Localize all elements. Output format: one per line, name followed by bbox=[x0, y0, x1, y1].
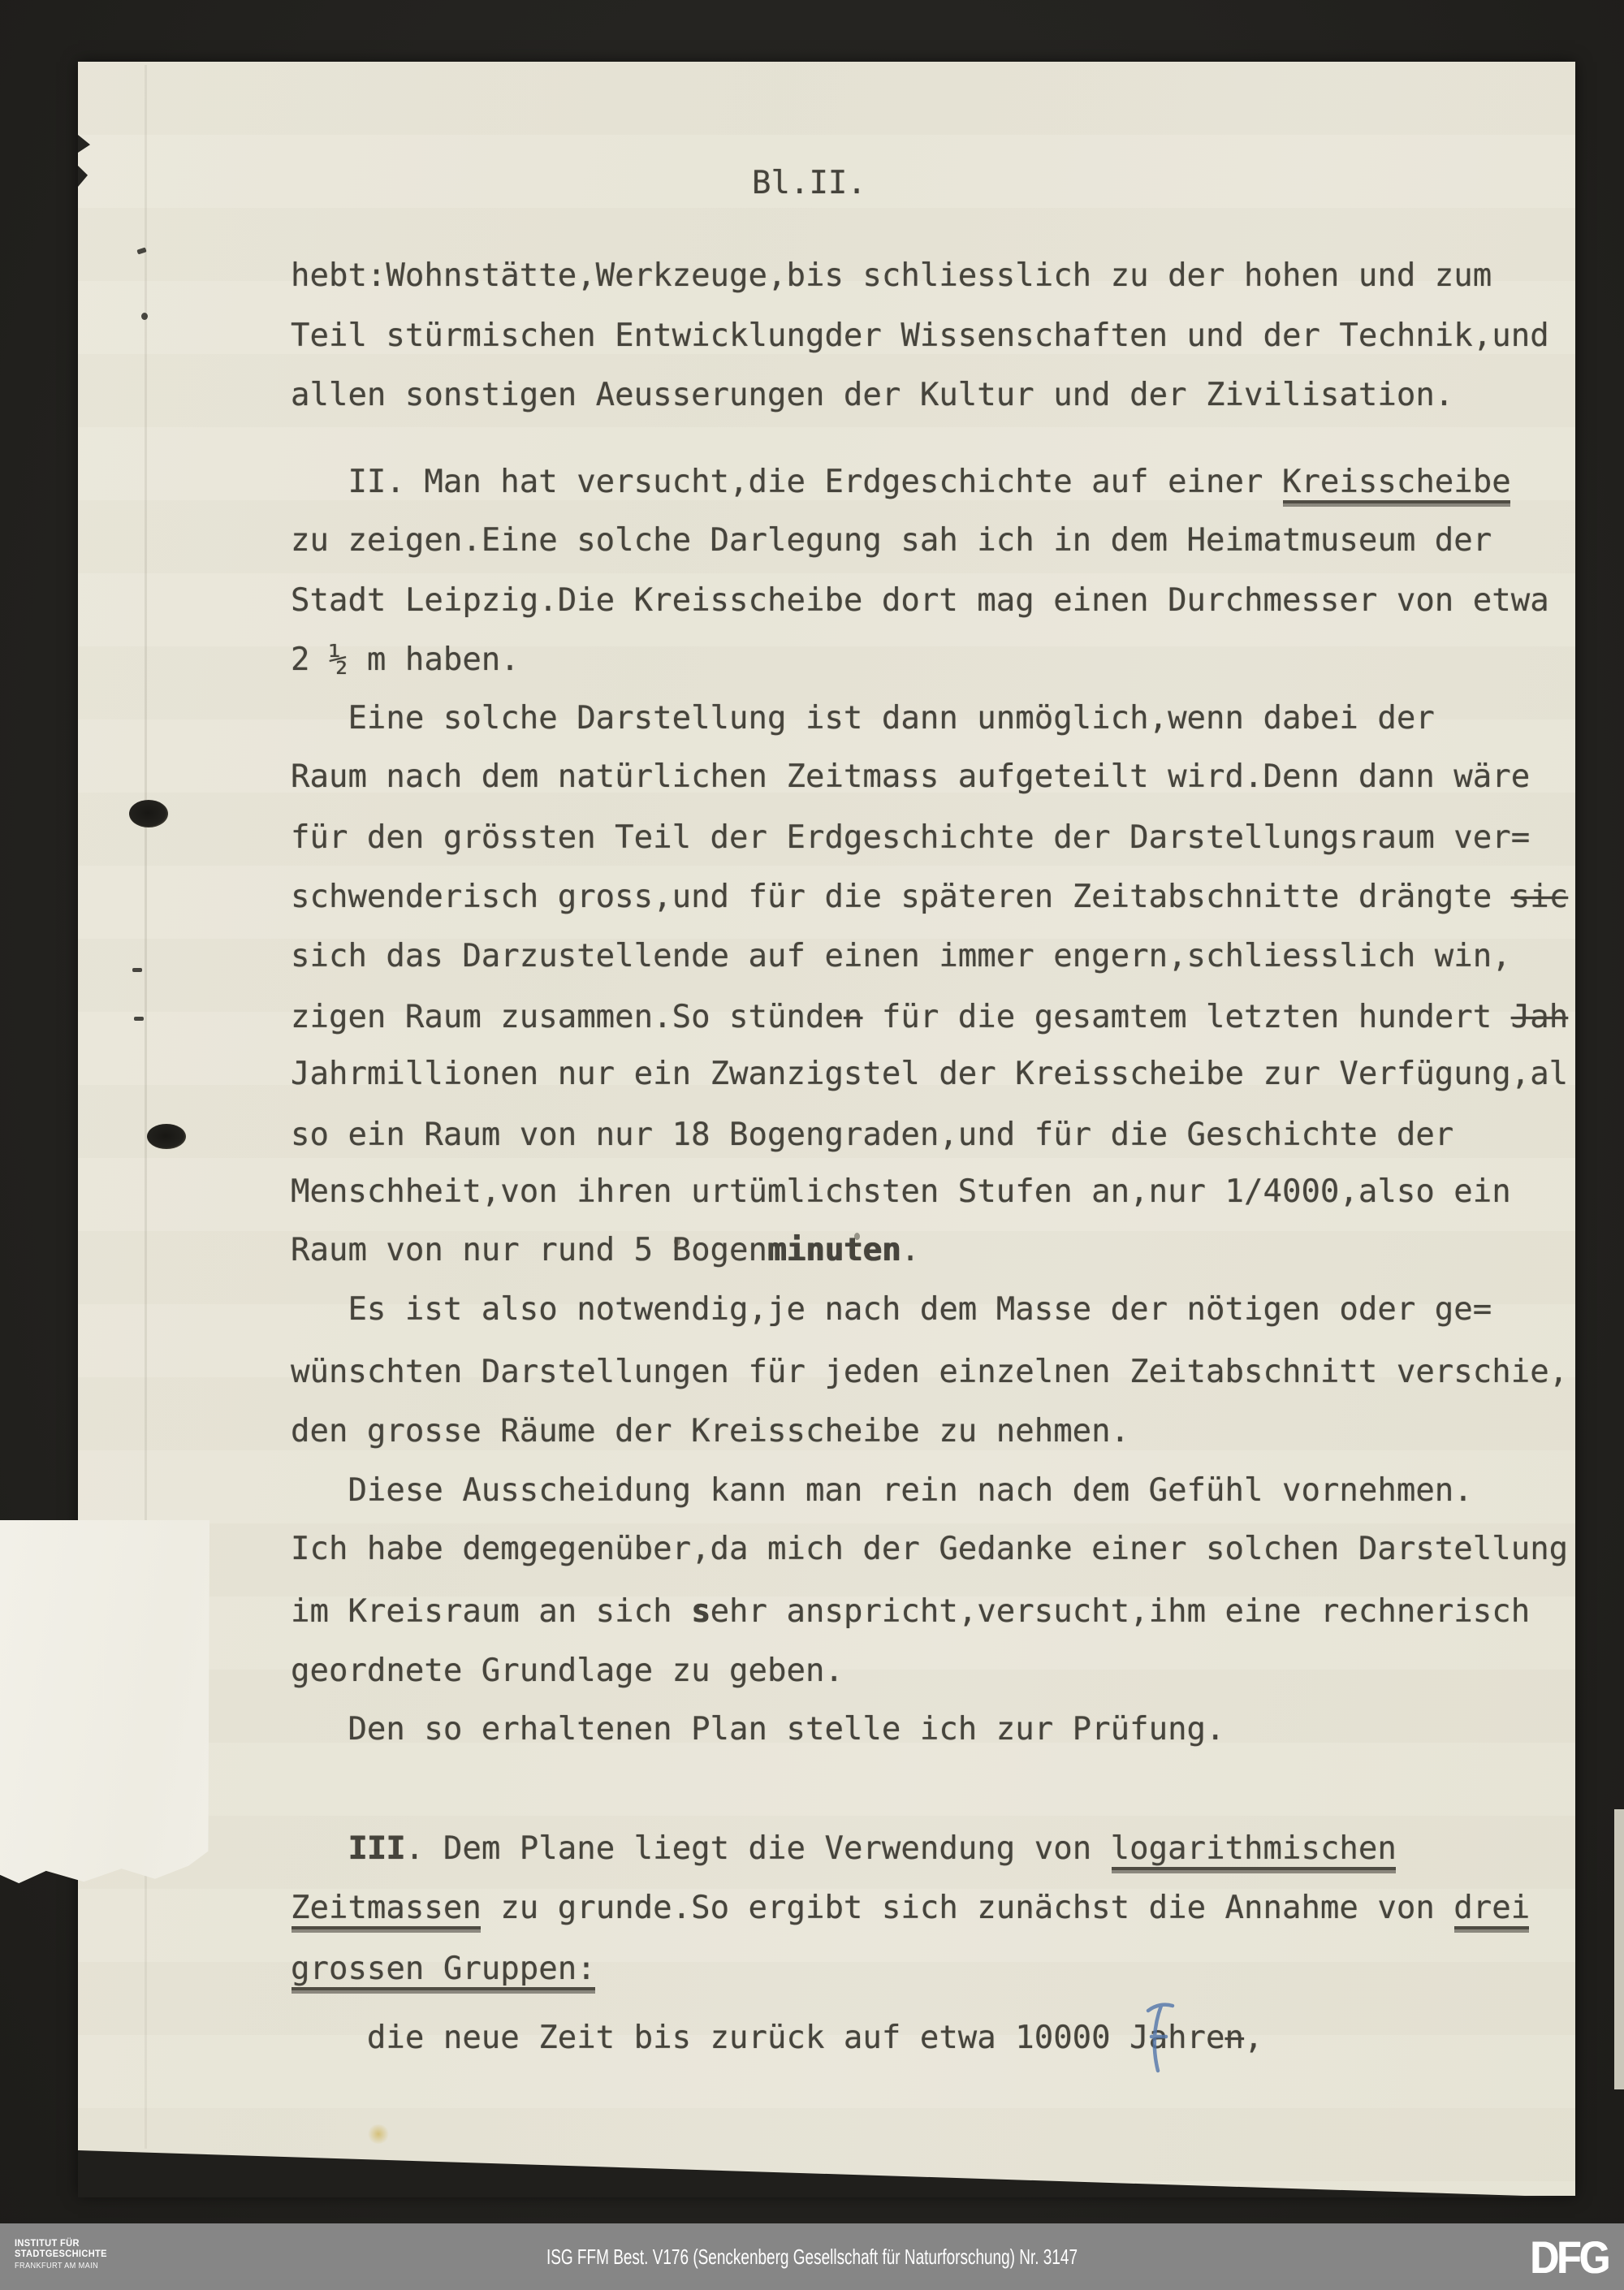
typed-text: Jahrmillionen nur ein Zwanzigstel der Kr… bbox=[291, 1056, 1568, 1092]
typed-line: Stadt Leipzig.Die Kreisscheibe dort mag … bbox=[291, 581, 1549, 621]
typed-text: Teil stürmischen Entwicklungder Wissensc… bbox=[291, 318, 1549, 354]
typed-line: 2 ½ m haben. bbox=[291, 640, 520, 681]
typed-line: Den so erhaltenen Plan stelle ich zur Pr… bbox=[291, 1709, 1225, 1750]
typed-text: für die gesamtem letzten hundert bbox=[862, 999, 1510, 1035]
typed-line: im Kreisraum an sich sehr anspricht,vers… bbox=[291, 1592, 1530, 1632]
typed-line: allen sonstigen Aeusserungen der Kultur … bbox=[291, 375, 1453, 416]
typed-line: geordnete Grundlage zu geben. bbox=[291, 1651, 844, 1692]
typed-text: geordnete Grundlage zu geben. bbox=[291, 1653, 844, 1689]
typed-line: Es ist also notwendig,je nach dem Masse … bbox=[291, 1290, 1492, 1330]
typed-text: allen sonstigen Aeusserungen der Kultur … bbox=[291, 377, 1453, 413]
typed-text: Es ist also notwendig,je nach dem Masse … bbox=[291, 1291, 1492, 1328]
typed-line: grossen Gruppen: bbox=[291, 1949, 596, 1990]
typed-line: wünschten Darstellungen für jeden einzel… bbox=[291, 1352, 1568, 1393]
typed-line: zigen Raum zusammen.So stünden für die g… bbox=[291, 997, 1568, 1038]
typed-text: Menschheit,von ihren urtümlichsten Stufe… bbox=[291, 1173, 1511, 1210]
typed-text: sich das Darzustellende auf einen immer … bbox=[291, 938, 1511, 974]
punch-hole bbox=[129, 800, 168, 827]
typed-text: . bbox=[901, 1232, 919, 1268]
adjacent-sheet-edge bbox=[1614, 1809, 1624, 2089]
typed-text: Raum von nur rund 5 Bogen bbox=[291, 1232, 767, 1268]
typed-text: die neue Zeit bis zurück auf etwa 10000 … bbox=[291, 2020, 1225, 2056]
typed-line: Jahrmillionen nur ein Zwanzigstel der Kr… bbox=[291, 1054, 1568, 1095]
ink-speck bbox=[674, 1238, 680, 1246]
typed-line: so ein Raum von nur 18 Bogengraden,und f… bbox=[291, 1115, 1453, 1156]
underlined-text: grossen Gruppen: bbox=[291, 1951, 596, 1987]
ink-speck bbox=[854, 1233, 860, 1240]
page-title: Bl.II. bbox=[752, 163, 866, 204]
underlined-text: Kreisscheibe bbox=[1282, 464, 1511, 500]
typed-text: Ich habe demgegenüber,da mich der Gedank… bbox=[291, 1531, 1568, 1567]
typed-text: ehr anspricht,versucht,ihm eine rechneri… bbox=[710, 1593, 1531, 1630]
typed-text: s bbox=[691, 1593, 710, 1630]
archive-reference-text: ISG FFM Best. V176 (Senckenberg Gesellsc… bbox=[546, 2245, 1078, 2270]
typed-line: Zeitmassen zu grunde.So ergibt sich zunä… bbox=[291, 1888, 1530, 1929]
typed-text: wünschten Darstellungen für jeden einzel… bbox=[291, 1354, 1568, 1390]
typed-text: so ein Raum von nur 18 Bogengraden,und f… bbox=[291, 1117, 1453, 1153]
typed-line: Raum von nur rund 5 Bogenminuten. bbox=[291, 1230, 920, 1271]
typed-text: . Dem Plane liegt die Verwendung von bbox=[405, 1830, 1111, 1867]
typed-text: für den grössten Teil der Erdgeschichte … bbox=[291, 819, 1530, 856]
typed-line: zu zeigen.Eine solche Darlegung sah ich … bbox=[291, 521, 1492, 561]
typed-line: Ich habe demgegenüber,da mich der Gedank… bbox=[291, 1529, 1568, 1570]
typed-text: den grosse Räume der Kreisscheibe zu neh… bbox=[291, 1413, 1129, 1450]
typed-text: Eine solche Darstellung ist dann unmögli… bbox=[291, 700, 1435, 737]
struck-text: Jah bbox=[1511, 999, 1568, 1035]
typed-line: Teil stürmischen Entwicklungder Wissensc… bbox=[291, 316, 1549, 356]
typed-line: III. Dem Plane liegt die Verwendung von … bbox=[291, 1829, 1397, 1869]
ink-speck bbox=[132, 968, 142, 972]
archive-scan: Bl.II. hebt:Wohnstätte,Werkzeuge,bis sch… bbox=[0, 0, 1624, 2290]
typed-text: zu zeigen.Eine solche Darlegung sah ich … bbox=[291, 522, 1492, 559]
typed-text: schwenderisch gross,und für die späteren… bbox=[291, 879, 1511, 915]
typed-line: Diese Ausscheidung kann man rein nach de… bbox=[291, 1471, 1473, 1511]
typed-text: Stadt Leipzig.Die Kreisscheibe dort mag … bbox=[291, 582, 1549, 619]
typed-line: hebt:Wohnstätte,Werkzeuge,bis schliessli… bbox=[291, 256, 1492, 296]
typed-text: zu grunde.So ergibt sich zunächst die An… bbox=[482, 1890, 1453, 1926]
struck-text: sic bbox=[1511, 879, 1568, 915]
archive-reference: ISG FFM Best. V176 (Senckenberg Gesellsc… bbox=[0, 2223, 1624, 2290]
typed-text: , bbox=[1244, 2020, 1263, 2056]
typed-text: II. Man hat versucht,die Erdgeschichte a… bbox=[291, 464, 1282, 500]
typed-line: Raum nach dem natürlichen Zeitmass aufge… bbox=[291, 757, 1530, 797]
typed-line: II. Man hat versucht,die Erdgeschichte a… bbox=[291, 462, 1511, 503]
typed-line: den grosse Räume der Kreisscheibe zu neh… bbox=[291, 1411, 1129, 1452]
typed-text: hebt:Wohnstätte,Werkzeuge,bis schliessli… bbox=[291, 257, 1492, 294]
typed-line: die neue Zeit bis zurück auf etwa 10000 … bbox=[291, 2018, 1263, 2059]
typed-text: Raum nach dem natürlichen Zeitmass aufge… bbox=[291, 758, 1530, 795]
struck-text: n bbox=[1225, 2020, 1244, 2056]
underlined-text: logarithmischen bbox=[1111, 1830, 1397, 1867]
typed-text: 2 ½ m haben. bbox=[291, 642, 520, 678]
typed-line: Eine solche Darstellung ist dann unmögli… bbox=[291, 698, 1435, 739]
typed-text: im Kreisraum an sich bbox=[291, 1593, 691, 1630]
typed-text: minuten bbox=[767, 1232, 901, 1268]
archive-footer: INSTITUT FÜR STADTGESCHICHTE FRANKFURT A… bbox=[0, 2223, 1624, 2290]
typed-line: für den grössten Teil der Erdgeschichte … bbox=[291, 818, 1530, 858]
paper-stain bbox=[367, 2124, 390, 2144]
typed-text: Den so erhaltenen Plan stelle ich zur Pr… bbox=[291, 1711, 1225, 1748]
typed-text: zigen Raum zusammen.So stünde bbox=[291, 999, 844, 1035]
typed-line: Menschheit,von ihren urtümlichsten Stufe… bbox=[291, 1172, 1511, 1212]
dfg-logo: DFG bbox=[1530, 2223, 1608, 2290]
typed-line: schwenderisch gross,und für die späteren… bbox=[291, 877, 1568, 918]
attached-paper-slip bbox=[0, 1520, 209, 1884]
ink-speck bbox=[141, 313, 148, 320]
handwritten-blue-mark bbox=[1134, 1994, 1184, 2079]
typed-line: sich das Darzustellende auf einen immer … bbox=[291, 936, 1511, 977]
underlined-text: Zeitmassen bbox=[291, 1890, 482, 1926]
underlined-text: drei bbox=[1453, 1890, 1530, 1926]
typed-text: Diese Ausscheidung kann man rein nach de… bbox=[291, 1472, 1473, 1509]
punch-hole bbox=[147, 1124, 186, 1149]
typed-text bbox=[291, 1830, 348, 1867]
typed-text: III bbox=[348, 1830, 404, 1867]
ink-speck bbox=[134, 1017, 144, 1021]
struck-text: n bbox=[844, 999, 862, 1035]
